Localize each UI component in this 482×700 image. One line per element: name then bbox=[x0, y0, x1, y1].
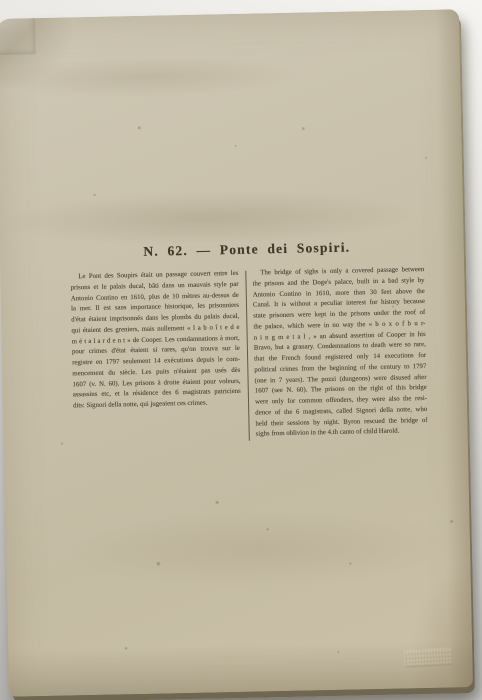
corner-crease bbox=[0, 18, 36, 55]
two-column-text: Le Pont des Soupirs était un passage cou… bbox=[70, 265, 428, 444]
french-column: Le Pont des Soupirs était un passage cou… bbox=[70, 269, 242, 444]
english-column: The bridge of sighs is only a covered pa… bbox=[252, 265, 428, 441]
photo-backdrop: N. 62. — Ponte dei Sospiri. Le Pont des … bbox=[0, 0, 482, 700]
text-line: dits: Signori della notte, qui jugeaient… bbox=[73, 398, 241, 412]
text-line: sighs from oblivion in the 4.th canto of… bbox=[256, 426, 428, 440]
embossed-stamp bbox=[404, 648, 453, 668]
page-title: N. 62. — Ponte dei Sospiri. bbox=[70, 238, 424, 261]
column-divider bbox=[245, 271, 250, 441]
paper-sheet: N. 62. — Ponte dei Sospiri. Le Pont des … bbox=[0, 9, 473, 697]
text-block: N. 62. — Ponte dei Sospiri. Le Pont des … bbox=[70, 238, 428, 444]
